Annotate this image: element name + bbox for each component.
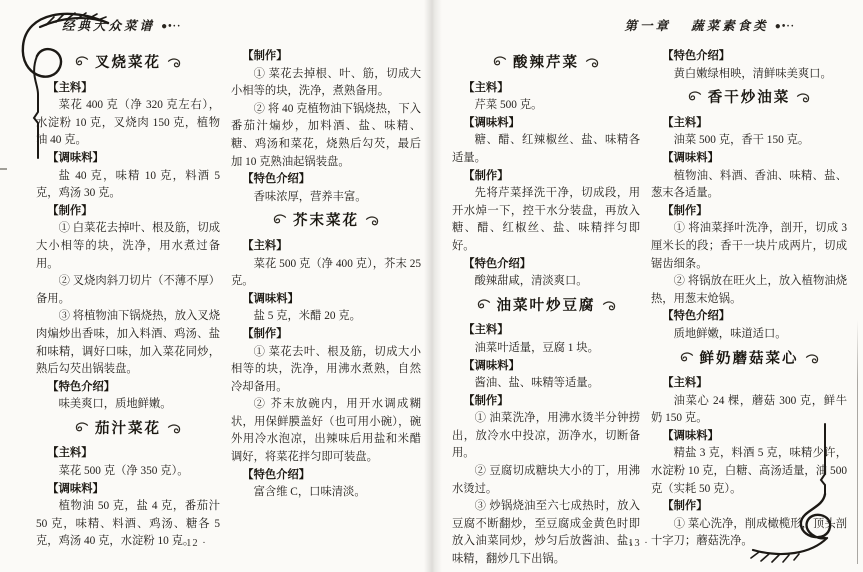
- body-text: 盐 5 克，米醋 20 克。: [231, 308, 421, 326]
- book-title: 经典大众菜谱: [62, 19, 155, 33]
- body-text: ① 菜心洗净，削成橄榄形，顶头剖十字刀；蘑菇洗净。: [651, 516, 847, 551]
- title-ornament-right-icon: [365, 215, 380, 233]
- title-ornament-left-icon: [476, 298, 491, 316]
- recipe-title: 香干炒油菜: [651, 90, 847, 108]
- section-label: 【特色介绍】: [231, 467, 421, 485]
- body-text: 酸辣甜咸，清淡爽口。: [452, 273, 640, 291]
- body-text: 菜花 500 克（净 400 克），芥末 25 克。: [231, 256, 421, 291]
- title-ornament-left-icon: [74, 421, 89, 439]
- section-label: 【调味料】: [231, 291, 421, 309]
- body-text: 精盐 3 克，料酒 5 克，味精少许，水淀粉 10 克，白糖、高汤适量，油 50…: [651, 445, 847, 498]
- body-text: ② 将锅放在旺火上，放入植物油烧热，用葱末炝锅。: [651, 273, 847, 308]
- chapter-title: 蔬菜素食类: [691, 19, 769, 33]
- section-label: 【制作】: [651, 498, 847, 516]
- left-page-column-1: 叉烧菜花【主料】菜花 400 克（净 320 克左右），水淀粉 10 克，叉烧肉…: [36, 48, 220, 551]
- running-header-right: 第一章 蔬菜素食类 ●•··: [625, 16, 796, 34]
- body-text: 先将芹菜择洗干净，切成段，用开水焯一下，控干水分装盘，再放入糖、醋、红椒丝、盐、…: [452, 185, 640, 255]
- recipe-title: 叉烧菜花: [36, 55, 220, 73]
- title-ornament-right-icon: [805, 353, 820, 371]
- section-label: 【主料】: [36, 80, 220, 98]
- chapter-number: 第一章: [625, 19, 672, 33]
- title-ornament-right-icon: [585, 57, 600, 75]
- recipe-title: 酸辣芹菜: [452, 55, 640, 73]
- title-ornament-right-icon: [796, 92, 811, 110]
- recipe-title-text: 叉烧菜花: [95, 55, 161, 71]
- section-label: 【制作】: [452, 393, 640, 411]
- recipe-title-text: 茄汁菜花: [95, 421, 161, 437]
- title-ornament-right-icon: [602, 300, 617, 318]
- section-label: 【制作】: [452, 168, 640, 186]
- right-page-column-1: 酸辣芹菜【主料】芹菜 500 克。【调味料】糖、醋、红辣椒丝、盐、味精各适量。【…: [452, 48, 640, 569]
- page-gutter-shadow: [424, 0, 442, 572]
- title-ornament-left-icon: [687, 90, 702, 108]
- body-text: 香味浓厚，营养丰富。: [231, 189, 421, 207]
- left-page-column-2: 【制作】① 菜花去掉根、叶、筋，切成大小相等的块，洗净，煮熟备用。② 将 40 …: [231, 48, 421, 502]
- body-text: 黄白嫩绿相映，清鲜味美爽口。: [651, 66, 847, 84]
- body-text: ② 将 40 克植物油下锅烧热，下入番茄汁煸炒，加料酒、盐、味精、糖、鸡汤和菜花…: [231, 101, 421, 171]
- body-text: 酱油、盐、味精等适量。: [452, 375, 640, 393]
- recipe-title: 芥末菜花: [231, 213, 421, 231]
- recipe-title-text: 芥末菜花: [293, 213, 359, 229]
- running-header-left: 经典大众菜谱 ●•··: [62, 16, 181, 34]
- recipe-title: 油菜叶炒豆腐: [452, 298, 640, 316]
- section-label: 【主料】: [231, 238, 421, 256]
- body-text: 菜花 500 克（净 350 克）。: [36, 463, 220, 481]
- section-label: 【特色介绍】: [651, 308, 847, 326]
- page-number-right: · 13 ·: [620, 538, 649, 549]
- body-text: 富含维 C，口味清淡。: [231, 484, 421, 502]
- body-text: 糖、醋、红辣椒丝、盐、味精各适量。: [452, 132, 640, 167]
- section-label: 【调味料】: [36, 150, 220, 168]
- body-text: ② 芥末放碗内，用开水调成糊状，用保鲜膜盖好（也可用小碗），碗外用冷水泡凉，出辣…: [231, 396, 421, 466]
- section-label: 【主料】: [651, 115, 847, 133]
- section-label: 【调味料】: [651, 428, 847, 446]
- body-text: ① 油菜洗净，用沸水烫半分钟捞出，放冷水中投凉，沥净水，切断备用。: [452, 410, 640, 463]
- body-text: 油菜叶适量，豆腐 1 块。: [452, 340, 640, 358]
- title-ornament-left-icon: [492, 55, 507, 73]
- right-page-edge-line: [857, 320, 858, 564]
- section-label: 【特色介绍】: [231, 171, 421, 189]
- body-text: ① 将油菜择叶洗净，剖开，切成 3 厘米长的段；香干一块片成两片，切成锯齿细条。: [651, 220, 847, 273]
- section-label: 【制作】: [231, 326, 421, 344]
- body-text: 质地鲜嫩，味道适口。: [651, 326, 847, 344]
- title-ornament-left-icon: [679, 351, 694, 369]
- section-label: 【主料】: [452, 322, 640, 340]
- body-text: 菜花 400 克（净 320 克左右），水淀粉 10 克，叉烧肉 150 克，植…: [36, 97, 220, 150]
- recipe-title-text: 香干炒油菜: [708, 90, 791, 106]
- book-spread: 经典大众菜谱 ●•·· 第一章 蔬菜素食类 ●•·· 叉烧菜花【主料】菜花 40…: [0, 0, 863, 572]
- body-text: 盐 40 克，味精 10 克，料酒 5 克，鸡汤 30 克。: [36, 168, 220, 203]
- body-text: ③ 炒锅烧油至六七成热时，放入豆腐不断翻炒，至豆腐成金黄色时即放入油菜同炒，炒匀…: [452, 498, 640, 568]
- body-text: ③ 将植物油下锅烧热，放入叉烧肉煸炒出香味，加入料酒、鸡汤、盐和味精，调好口味，…: [36, 308, 220, 378]
- title-ornament-right-icon: [167, 423, 182, 441]
- body-text: 植物油、料酒、香油、味精、盐、葱末各适量。: [651, 168, 847, 203]
- right-page-column-2: 【特色介绍】黄白嫩绿相映，清鲜味美爽口。香干炒油菜【主料】油菜 500 克，香干…: [651, 48, 847, 551]
- section-label: 【特色介绍】: [651, 48, 847, 66]
- recipe-title: 茄汁菜花: [36, 421, 220, 439]
- body-text: 油菜 500 克，香干 150 克。: [651, 132, 847, 150]
- body-text: ② 叉烧肉斜刀切片（不薄不厚）备用。: [36, 273, 220, 308]
- body-text: ① 白菜花去掉叶、根及筋，切成大小相等的块，洗净，用水煮过备用。: [36, 220, 220, 273]
- section-label: 【特色介绍】: [452, 256, 640, 274]
- body-text: ② 豆腐切成糖块大小的丁，用沸水烫过。: [452, 463, 640, 498]
- section-label: 【特色介绍】: [36, 379, 220, 397]
- section-label: 【主料】: [452, 80, 640, 98]
- recipe-title-text: 油菜叶炒豆腐: [497, 298, 596, 314]
- body-text: 味美爽口，质地鲜嫩。: [36, 396, 220, 414]
- recipe-title: 鲜奶蘑菇菜心: [651, 351, 847, 369]
- title-ornament-left-icon: [272, 213, 287, 231]
- title-ornament-right-icon: [167, 57, 182, 75]
- section-label: 【调味料】: [36, 481, 220, 499]
- page-number-left: · 12 ·: [178, 538, 207, 549]
- left-edge-mark: [0, 168, 7, 170]
- section-label: 【主料】: [36, 445, 220, 463]
- body-text: ① 菜花去掉根、叶、筋，切成大小相等的块，洗净，煮熟备用。: [231, 66, 421, 101]
- recipe-title-text: 酸辣芹菜: [513, 55, 579, 71]
- section-label: 【制作】: [231, 48, 421, 66]
- body-text: 芹菜 500 克。: [452, 97, 640, 115]
- section-label: 【制作】: [651, 203, 847, 221]
- title-ornament-left-icon: [74, 55, 89, 73]
- section-label: 【调味料】: [452, 115, 640, 133]
- recipe-title-text: 鲜奶蘑菇菜心: [700, 351, 799, 367]
- header-dots: ●•··: [775, 21, 795, 32]
- body-text: ① 菜花去叶、根及筋，切成大小相等的块，洗净，用沸水煮熟，自然冷却备用。: [231, 344, 421, 397]
- body-text: 油菜心 24 棵，蘑菇 300 克，鲜牛奶 150 克。: [651, 393, 847, 428]
- section-label: 【主料】: [651, 375, 847, 393]
- header-dots: ●•··: [161, 21, 181, 32]
- section-label: 【调味料】: [452, 358, 640, 376]
- section-label: 【制作】: [36, 203, 220, 221]
- section-label: 【调味料】: [651, 150, 847, 168]
